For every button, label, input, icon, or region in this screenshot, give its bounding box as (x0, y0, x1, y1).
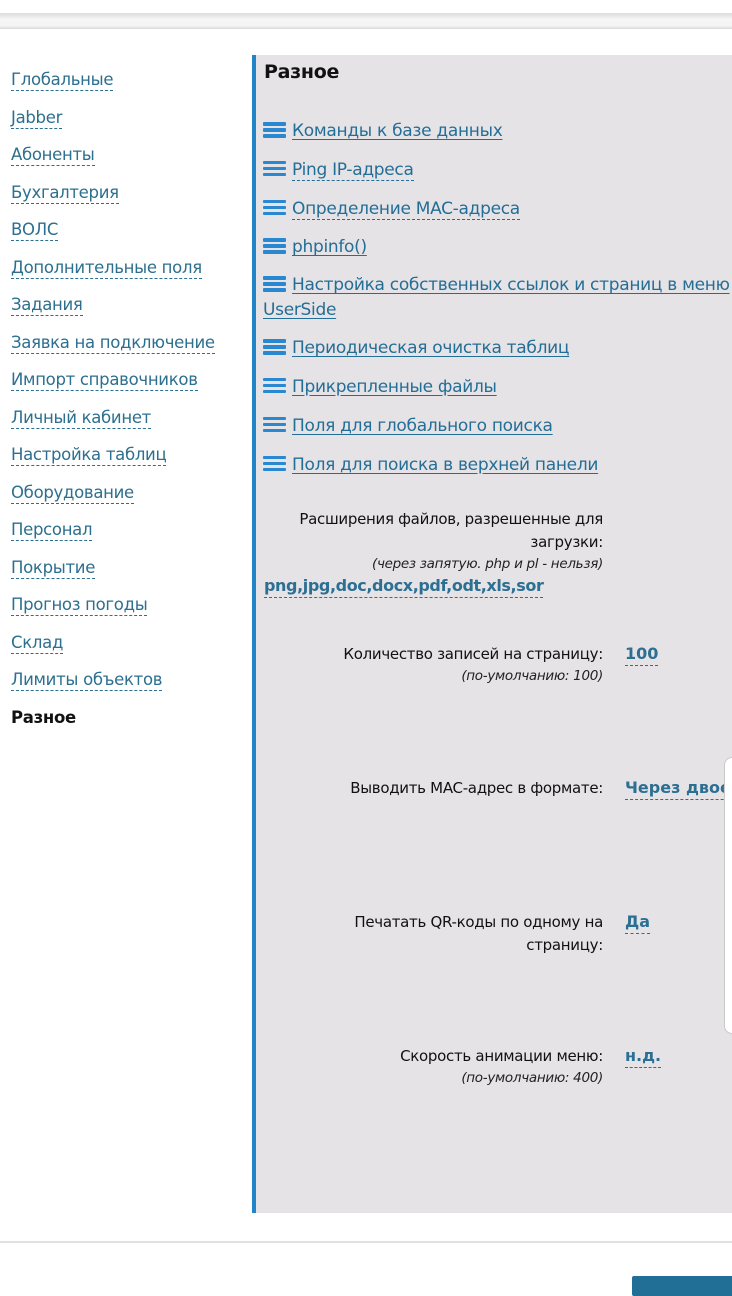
sidebar-item-equipment[interactable]: Оборудование (11, 479, 246, 517)
tools-link-list: Команды к базе данных Ping IP-адреса Опр… (263, 118, 732, 490)
setting-hint: (по-умолчанию: 400) (263, 1068, 603, 1089)
sidebar-item-fiber[interactable]: ВОЛС (11, 216, 246, 254)
sidebar-item-global[interactable]: Глобальные (11, 66, 246, 104)
footer-divider (0, 1241, 732, 1243)
list-item: Поля для глобального поиска (263, 413, 732, 452)
sidebar-active-label: Разное (11, 708, 76, 727)
sidebar-link[interactable]: Задания (11, 295, 83, 316)
list-item: Ping IP-адреса (263, 157, 732, 196)
records-per-page-value[interactable]: 100 (625, 642, 658, 666)
menu-icon (263, 378, 286, 394)
sidebar-item-weather[interactable]: Прогноз погоды (11, 591, 246, 629)
ping-ip-link[interactable]: Ping IP-адреса (292, 160, 414, 181)
sidebar-item-misc: Разное (11, 704, 246, 742)
menu-icon (263, 122, 286, 138)
menu-icon (263, 276, 286, 292)
setting-hint: (по-умолчанию: 100) (263, 666, 603, 687)
sidebar-link[interactable]: Заявка на подключение (11, 333, 215, 354)
list-item: Команды к базе данных (263, 118, 732, 157)
list-item: Определение MAC-адреса (263, 196, 732, 235)
custom-links-link[interactable]: Настройка собственных ссылок и страниц в… (263, 275, 730, 320)
sidebar-item-tasks[interactable]: Задания (11, 291, 246, 329)
sidebar-item-object-limits[interactable]: Лимиты объектов (11, 666, 246, 704)
setting-label: Расширения файлов, разрешенные для загру… (263, 508, 603, 575)
sidebar-item-personal-cabinet[interactable]: Личный кабинет (11, 404, 246, 442)
sidebar-link[interactable]: Jabber (11, 108, 62, 129)
top-panel-search-fields-link[interactable]: Поля для поиска в верхней панели (292, 455, 598, 475)
sidebar-link[interactable]: Лимиты объектов (11, 670, 162, 691)
db-commands-link[interactable]: Команды к базе данных (292, 121, 502, 141)
sidebar-link[interactable]: Абоненты (11, 145, 95, 166)
menu-animation-value[interactable]: н.д. (625, 1044, 661, 1068)
sidebar-item-accounting[interactable]: Бухгалтерия (11, 179, 246, 217)
sidebar-item-connection-request[interactable]: Заявка на подключение (11, 329, 246, 367)
sidebar-link[interactable]: ВОЛС (11, 220, 58, 241)
sidebar-link[interactable]: Личный кабинет (11, 408, 151, 429)
sidebar-link[interactable]: Персонал (11, 520, 92, 541)
setting-label: Выводить MAC-адрес в формате: (263, 777, 603, 800)
settings-sidebar: Глобальные Jabber Абоненты Бухгалтерия В… (11, 66, 246, 741)
attached-files-link[interactable]: Прикрепленные файлы (292, 377, 497, 397)
sidebar-item-table-settings[interactable]: Настройка таблиц (11, 441, 246, 479)
list-item: Прикрепленные файлы (263, 374, 732, 413)
menu-icon (263, 200, 286, 216)
sidebar-item-jabber[interactable]: Jabber (11, 104, 246, 142)
extensions-value[interactable]: png,jpg,doc,docx,pdf,odt,xls,sor (264, 576, 543, 595)
list-item: Поля для поиска в верхней панели (263, 452, 732, 491)
sidebar-item-staff[interactable]: Персонал (11, 516, 246, 554)
misc-settings-panel: Разное Команды к базе данных Ping IP-адр… (252, 55, 732, 1213)
sidebar-link[interactable]: Склад (11, 633, 63, 654)
setting-label: Скорость анимации меню: (по-умолчанию: 4… (263, 1045, 603, 1089)
list-item: phpinfo() (263, 234, 732, 273)
menu-icon (263, 161, 286, 177)
global-search-fields-link[interactable]: Поля для глобального поиска (292, 416, 553, 436)
footer-button[interactable] (632, 1276, 732, 1280)
setting-label: Количество записей на страницу: (по-умол… (263, 643, 603, 687)
sidebar-link[interactable]: Глобальные (11, 70, 113, 91)
sidebar-link[interactable]: Настройка таблиц (11, 445, 166, 466)
sidebar-item-import-directories[interactable]: Импорт справочников (11, 366, 246, 404)
qr-print-value[interactable]: Да (625, 910, 650, 934)
menu-icon (263, 417, 286, 433)
sidebar-item-warehouse[interactable]: Склад (11, 629, 246, 667)
sidebar-item-coverage[interactable]: Покрытие (11, 554, 246, 592)
table-cleanup-link[interactable]: Периодическая очистка таблиц (292, 338, 569, 358)
list-item: Периодическая очистка таблиц (263, 335, 732, 374)
sidebar-link[interactable]: Прогноз погоды (11, 595, 147, 616)
menu-icon (263, 456, 286, 472)
side-sheet-edge[interactable] (724, 757, 732, 1034)
page-title: Разное (264, 61, 339, 83)
sidebar-link[interactable]: Импорт справочников (11, 370, 198, 391)
setting-label: Печатать QR-коды по одному на страницу: (323, 911, 603, 957)
mac-lookup-link[interactable]: Определение MAC-адреса (292, 199, 520, 220)
phpinfo-link[interactable]: phpinfo() (292, 237, 367, 257)
menu-icon (263, 238, 286, 254)
mac-format-value[interactable]: Через двоеточие (625, 776, 732, 800)
sidebar-link[interactable]: Оборудование (11, 483, 134, 504)
sidebar-link[interactable]: Покрытие (11, 558, 95, 579)
setting-hint: (через запятую. php и pl - нельзя) (263, 554, 603, 575)
top-bar (0, 13, 732, 29)
sidebar-item-extra-fields[interactable]: Дополнительные поля (11, 254, 246, 292)
sidebar-link[interactable]: Дополнительные поля (11, 258, 202, 279)
sidebar-link[interactable]: Бухгалтерия (11, 183, 119, 204)
menu-icon (263, 339, 286, 355)
list-item: Настройка собственных ссылок и страниц в… (263, 273, 732, 335)
sidebar-item-subscribers[interactable]: Абоненты (11, 141, 246, 179)
